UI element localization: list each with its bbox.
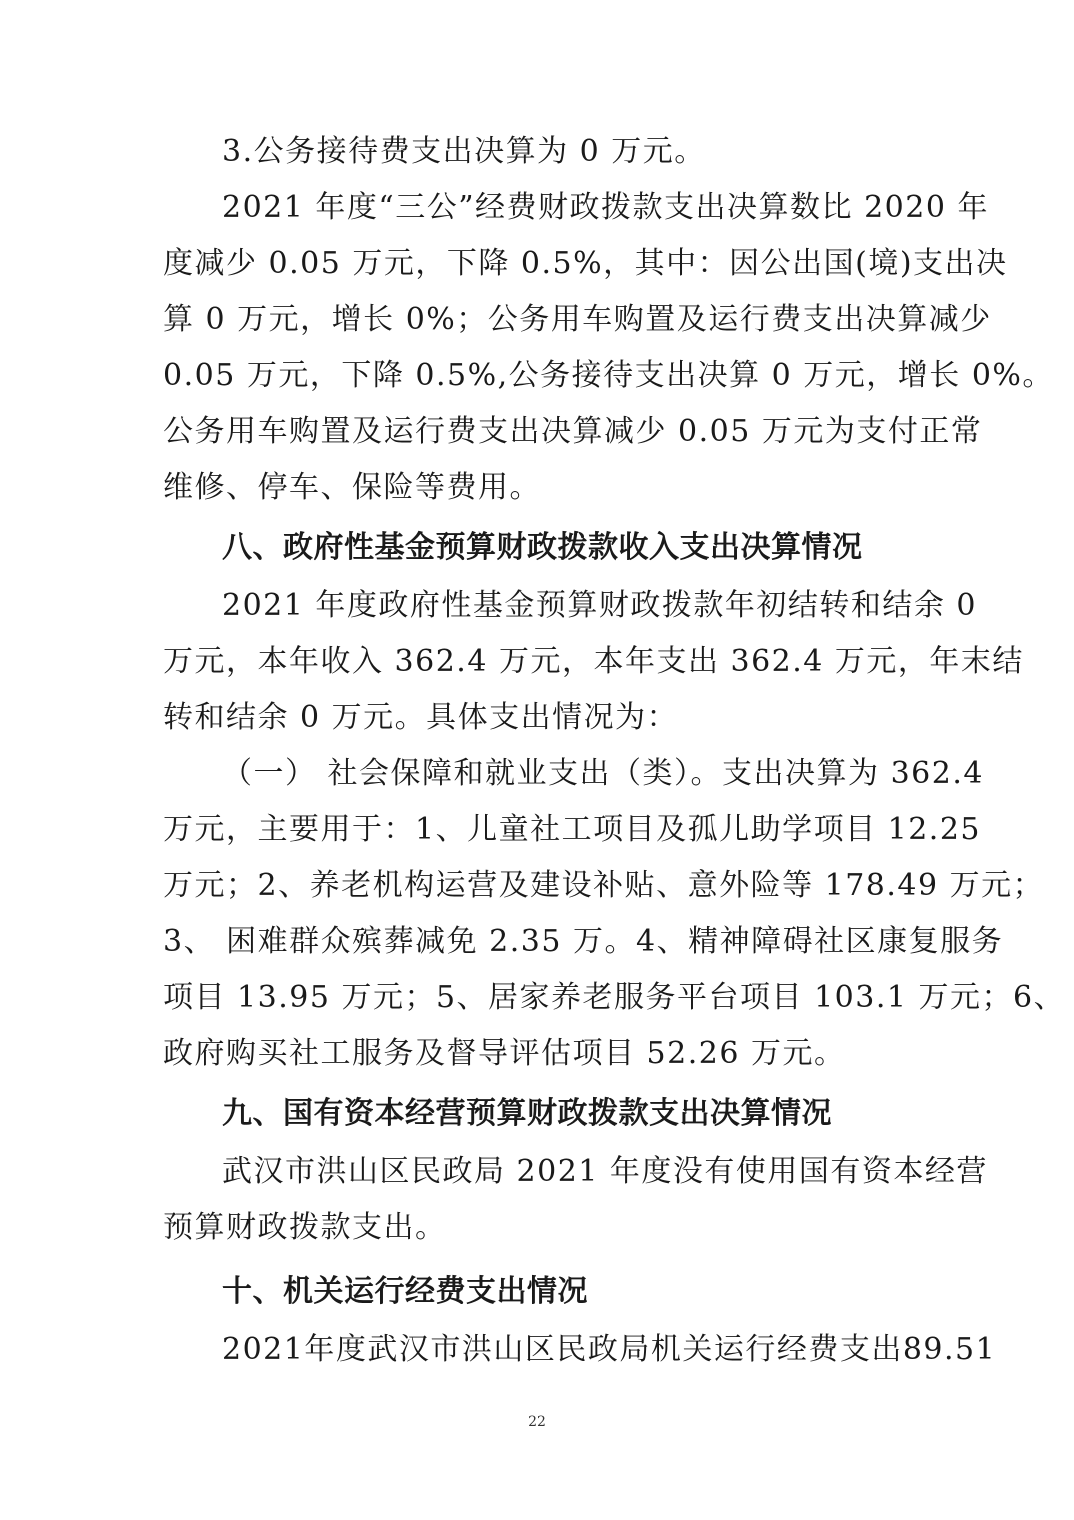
paragraph-line: 项目 13.95 万元；5、居家养老服务平台项目 103.1 万元；6、: [163, 978, 913, 1018]
section-heading-10: 十、机关运行经费支出情况: [222, 1272, 588, 1312]
section-heading-8: 八、政府性基金预算财政拨款收入支出决算情况: [222, 528, 863, 568]
paragraph-line: 预算财政拨款支出。: [163, 1208, 913, 1248]
paragraph-line: 万元；2、养老机构运营及建设补贴、意外险等 178.49 万元；: [163, 866, 913, 906]
page-number: 22: [0, 1412, 1074, 1432]
paragraph-line: 2021 年度政府性基金预算财政拨款年初结转和结余 0: [222, 586, 913, 626]
document-page: 3.公务接待费支出决算为 0 万元。 2021 年度“三公”经费财政拨款支出决算…: [0, 0, 1074, 1520]
paragraph-line: 2021年度武汉市洪山区民政局机关运行经费支出89.51: [222, 1330, 913, 1370]
paragraph-line: （一） 社会保障和就业支出（类）。支出决算为 362.4: [222, 754, 913, 794]
paragraph-line: 公务用车购置及运行费支出决算减少 0.05 万元为支付正常: [163, 412, 913, 452]
paragraph-line: 维修、停车、保险等费用。: [163, 468, 913, 508]
paragraph-line: 2021 年度“三公”经费财政拨款支出决算数比 2020 年: [222, 188, 913, 228]
paragraph-line: 转和结余 0 万元。具体支出情况为：: [163, 698, 913, 738]
paragraph-line: 3、 困难群众殡葬减免 2.35 万。4、精神障碍社区康复服务: [163, 922, 913, 962]
paragraph-line: 万元，主要用于：1、儿童社工项目及孤儿助学项目 12.25: [163, 810, 913, 850]
paragraph-line: 度减少 0.05 万元，下降 0.5%，其中：因公出国(境)支出决: [163, 244, 913, 284]
paragraph-line: 政府购买社工服务及督导评估项目 52.26 万元。: [163, 1034, 913, 1074]
paragraph-line: 3.公务接待费支出决算为 0 万元。: [222, 132, 913, 172]
paragraph-line: 0.05 万元，下降 0.5%,公务接待支出决算 0 万元，增长 0%。: [163, 356, 913, 396]
paragraph-line: 武汉市洪山区民政局 2021 年度没有使用国有资本经营: [222, 1152, 913, 1192]
section-heading-9: 九、国有资本经营预算财政拨款支出决算情况: [222, 1094, 832, 1134]
paragraph-line: 算 0 万元，增长 0%；公务用车购置及运行费支出决算减少: [163, 300, 913, 340]
paragraph-line: 万元，本年收入 362.4 万元，本年支出 362.4 万元，年末结: [163, 642, 913, 682]
